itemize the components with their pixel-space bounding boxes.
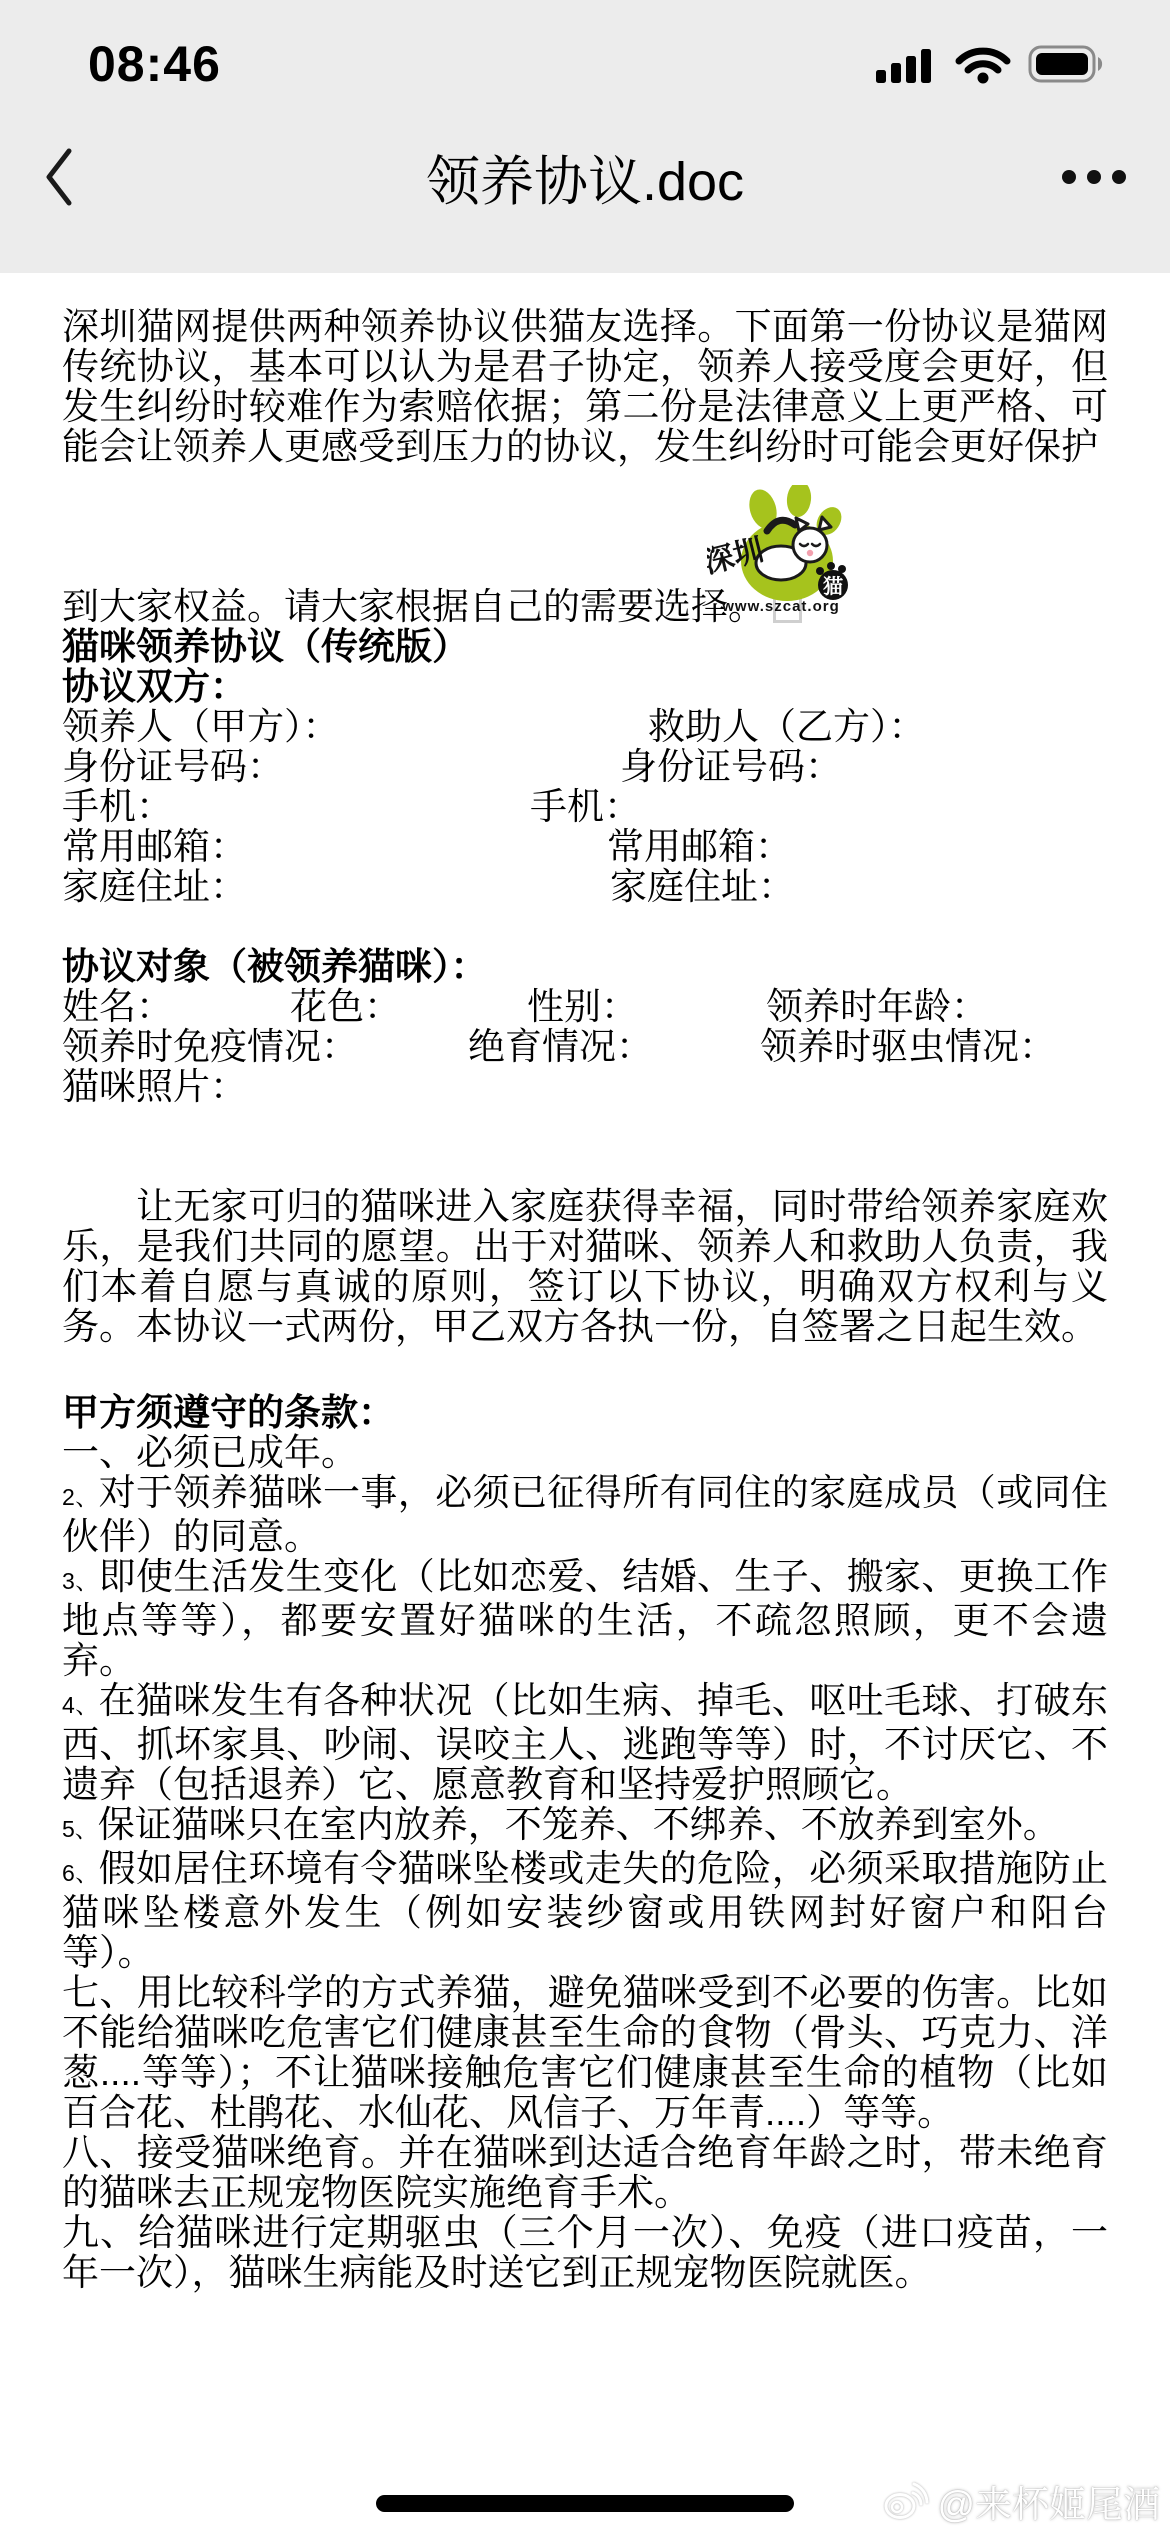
rescuer-label: 救助人（乙方）： bbox=[648, 707, 926, 747]
cat-deworm-label: 领养时驱虫情况： bbox=[760, 1027, 1056, 1067]
status-bar: 08:46 bbox=[0, 0, 1170, 102]
status-icons bbox=[876, 44, 1108, 84]
logo-name-right: 猫 bbox=[823, 575, 843, 598]
address-label-left: 家庭住址： bbox=[62, 866, 247, 907]
clause-1-num: 一、 bbox=[62, 1432, 136, 1473]
clause-3: 3、即使生活发生变化（比如恋爱、结婚、生子、搬家、更换工作地点等等），都要安置好… bbox=[62, 1557, 1108, 1681]
cellular-signal-icon bbox=[876, 44, 938, 84]
cat-age-label: 领养时年龄： bbox=[766, 987, 988, 1027]
cat-info-row-1: 姓名： 花色： 性别： 领养时年龄： bbox=[62, 987, 1108, 1027]
clock: 08:46 bbox=[88, 35, 221, 93]
address-row: 家庭住址： 家庭住址： bbox=[62, 867, 1108, 907]
clause-5-text: 保证猫咪只在室内放养，不笼养、不绑养、不放养到室外。 bbox=[98, 1804, 1060, 1845]
document-viewer[interactable]: 深圳猫网提供两种领养协议供猫友选择。下面第一份协议是猫网传统协议，基本可以认为是… bbox=[0, 273, 1170, 2532]
clause-8: 八、接受猫咪绝育。并在猫咪到达适合绝育年龄之时，带未绝育的猫咪去正规宠物医院实施… bbox=[62, 2133, 1108, 2213]
clause-2: 2、对于领养猫咪一事，必须已征得所有同住的家庭成员（或同住伙伴）的同意。 bbox=[62, 1473, 1108, 1557]
doc-title: 猫咪领养协议（传统版） bbox=[62, 627, 1108, 667]
wifi-icon bbox=[954, 44, 1012, 84]
clause-9: 九、给猫咪进行定期驱虫（三个月一次）、免疫（进口疫苗，一年一次），猫咪生病能及时… bbox=[62, 2213, 1108, 2293]
more-menu-button[interactable] bbox=[1036, 170, 1126, 184]
clause-3-num: 3、 bbox=[62, 1568, 99, 1594]
parties-heading: 协议双方： bbox=[62, 667, 1108, 707]
cat-neuter-label: 绝育情况： bbox=[468, 1027, 653, 1067]
clause-9-num: 九、 bbox=[62, 2212, 138, 2253]
battery-full-icon bbox=[1028, 44, 1108, 84]
clause-2-num: 2、 bbox=[62, 1484, 99, 1510]
id-label-left: 身份证号码： bbox=[62, 746, 284, 787]
watermark-handle: @来杯姬尾酒 bbox=[937, 2474, 1160, 2528]
cat-name-label: 姓名： bbox=[62, 986, 173, 1027]
weibo-watermark: @来杯姬尾酒 bbox=[883, 2474, 1160, 2528]
clause-7-text: 用比较科学的方式养猫，避免猫咪受到不必要的伤害。比如不能给猫咪吃危害它们健康甚至… bbox=[62, 1972, 1108, 2133]
clause-9-text: 给猫咪进行定期驱虫（三个月一次）、免疫（进口疫苗，一年一次），猫咪生病能及时送它… bbox=[62, 2212, 1108, 2293]
clause-6-num: 6、 bbox=[62, 1860, 99, 1886]
party-row: 领养人（甲方）： 救助人（乙方）： bbox=[62, 707, 1108, 747]
ellipsis-icon bbox=[1062, 170, 1076, 184]
szcat-logo: 深圳 猫 www.szcat.org bbox=[707, 485, 853, 617]
rights-line: 到大家权益。请大家根据自己的需要选择。 bbox=[62, 583, 802, 627]
clause-2-text: 对于领养猫咪一事，必须已征得所有同住的家庭成员（或同住伙伴）的同意。 bbox=[62, 1472, 1108, 1557]
clause-1: 一、必须已成年。 bbox=[62, 1433, 1108, 1473]
terms-heading: 甲方须遵守的条款： bbox=[62, 1393, 1108, 1433]
clause-4: 4、在猫咪发生有各种状况（比如生病、掉毛、呕吐毛球、打破东西、抓坏家具、吵闹、误… bbox=[62, 1681, 1108, 1805]
id-label-right: 身份证号码： bbox=[620, 747, 842, 787]
clause-4-text: 在猫咪发生有各种状况（比如生病、掉毛、呕吐毛球、打破东西、抓坏家具、吵闹、误咬主… bbox=[62, 1680, 1108, 1805]
home-indicator[interactable] bbox=[376, 2495, 794, 2512]
clause-3-text: 即使生活发生变化（比如恋爱、结婚、生子、搬家、更换工作地点等等），都要安置好猫咪… bbox=[62, 1556, 1108, 1681]
email-label-left: 常用邮箱： bbox=[62, 826, 247, 867]
subject-heading: 协议对象（被领养猫咪）： bbox=[62, 947, 1108, 987]
cat-sex-label: 性别： bbox=[527, 987, 638, 1027]
clause-7-num: 七、 bbox=[62, 1972, 137, 2013]
rights-line-text: 到大家权益。请大家根据自己的需要选择。 bbox=[62, 586, 765, 627]
clause-7: 七、用比较科学的方式养猫，避免猫咪受到不必要的伤害。比如不能给猫咪吃危害它们健康… bbox=[62, 1973, 1108, 2133]
clause-1-text: 必须已成年。 bbox=[136, 1432, 358, 1473]
clause-5: 5、保证猫咪只在室内放养，不笼养、不绑养、不放养到室外。 bbox=[62, 1805, 1108, 1849]
phone-row: 手机： 手机： bbox=[62, 787, 1108, 827]
clause-8-text: 接受猫咪绝育。并在猫咪到达适合绝育年龄之时，带未绝育的猫咪去正规宠物医院实施绝育… bbox=[62, 2132, 1108, 2213]
page-title: 领养协议.doc bbox=[134, 139, 1036, 216]
cat-vaccine-label: 领养时免疫情况： bbox=[62, 1026, 358, 1067]
top-chrome: 08:46 bbox=[0, 0, 1170, 273]
chevron-left-icon bbox=[44, 146, 74, 208]
back-button[interactable] bbox=[44, 146, 134, 208]
clause-6-text: 假如居住环境有令猫咪坠楼或走失的危险，必须采取措施防止猫咪坠楼意外发生（例如安装… bbox=[62, 1848, 1108, 1973]
logo-row: 到大家权益。请大家根据自己的需要选择。 深圳 bbox=[62, 467, 1108, 627]
cat-photo-label: 猫咪照片： bbox=[62, 1067, 1108, 1107]
phone-label-right: 手机： bbox=[530, 787, 641, 827]
address-label-right: 家庭住址： bbox=[610, 867, 795, 907]
adopter-label: 领养人（甲方）： bbox=[62, 706, 340, 747]
pledge-paragraph: 让无家可归的猫咪进入家庭获得幸福，同时带给领养家庭欢乐，是我们共同的愿望。出于对… bbox=[62, 1187, 1108, 1347]
intro-paragraph: 深圳猫网提供两种领养协议供猫友选择。下面第一份协议是猫网传统协议，基本可以认为是… bbox=[62, 307, 1108, 467]
clause-6: 6、假如居住环境有令猫咪坠楼或走失的危险，必须采取措施防止猫咪坠楼意外发生（例如… bbox=[62, 1849, 1108, 1973]
ellipsis-icon bbox=[1087, 170, 1101, 184]
cat-info-row-2: 领养时免疫情况： 绝育情况： 领养时驱虫情况： bbox=[62, 1027, 1108, 1067]
clause-8-num: 八、 bbox=[62, 2132, 137, 2173]
email-label-right: 常用邮箱： bbox=[607, 827, 792, 867]
id-row: 身份证号码： 身份证号码： bbox=[62, 747, 1108, 787]
clause-4-num: 4、 bbox=[62, 1692, 99, 1718]
cat-color-label: 花色： bbox=[290, 987, 401, 1027]
weibo-icon bbox=[883, 2481, 929, 2521]
email-row: 常用邮箱： 常用邮箱： bbox=[62, 827, 1108, 867]
logo-url: www.szcat.org bbox=[721, 598, 839, 615]
nav-bar: 领养协议.doc bbox=[0, 102, 1170, 252]
ellipsis-icon bbox=[1112, 170, 1126, 184]
clause-5-num: 5、 bbox=[62, 1816, 98, 1842]
phone-label-left: 手机： bbox=[62, 786, 173, 827]
